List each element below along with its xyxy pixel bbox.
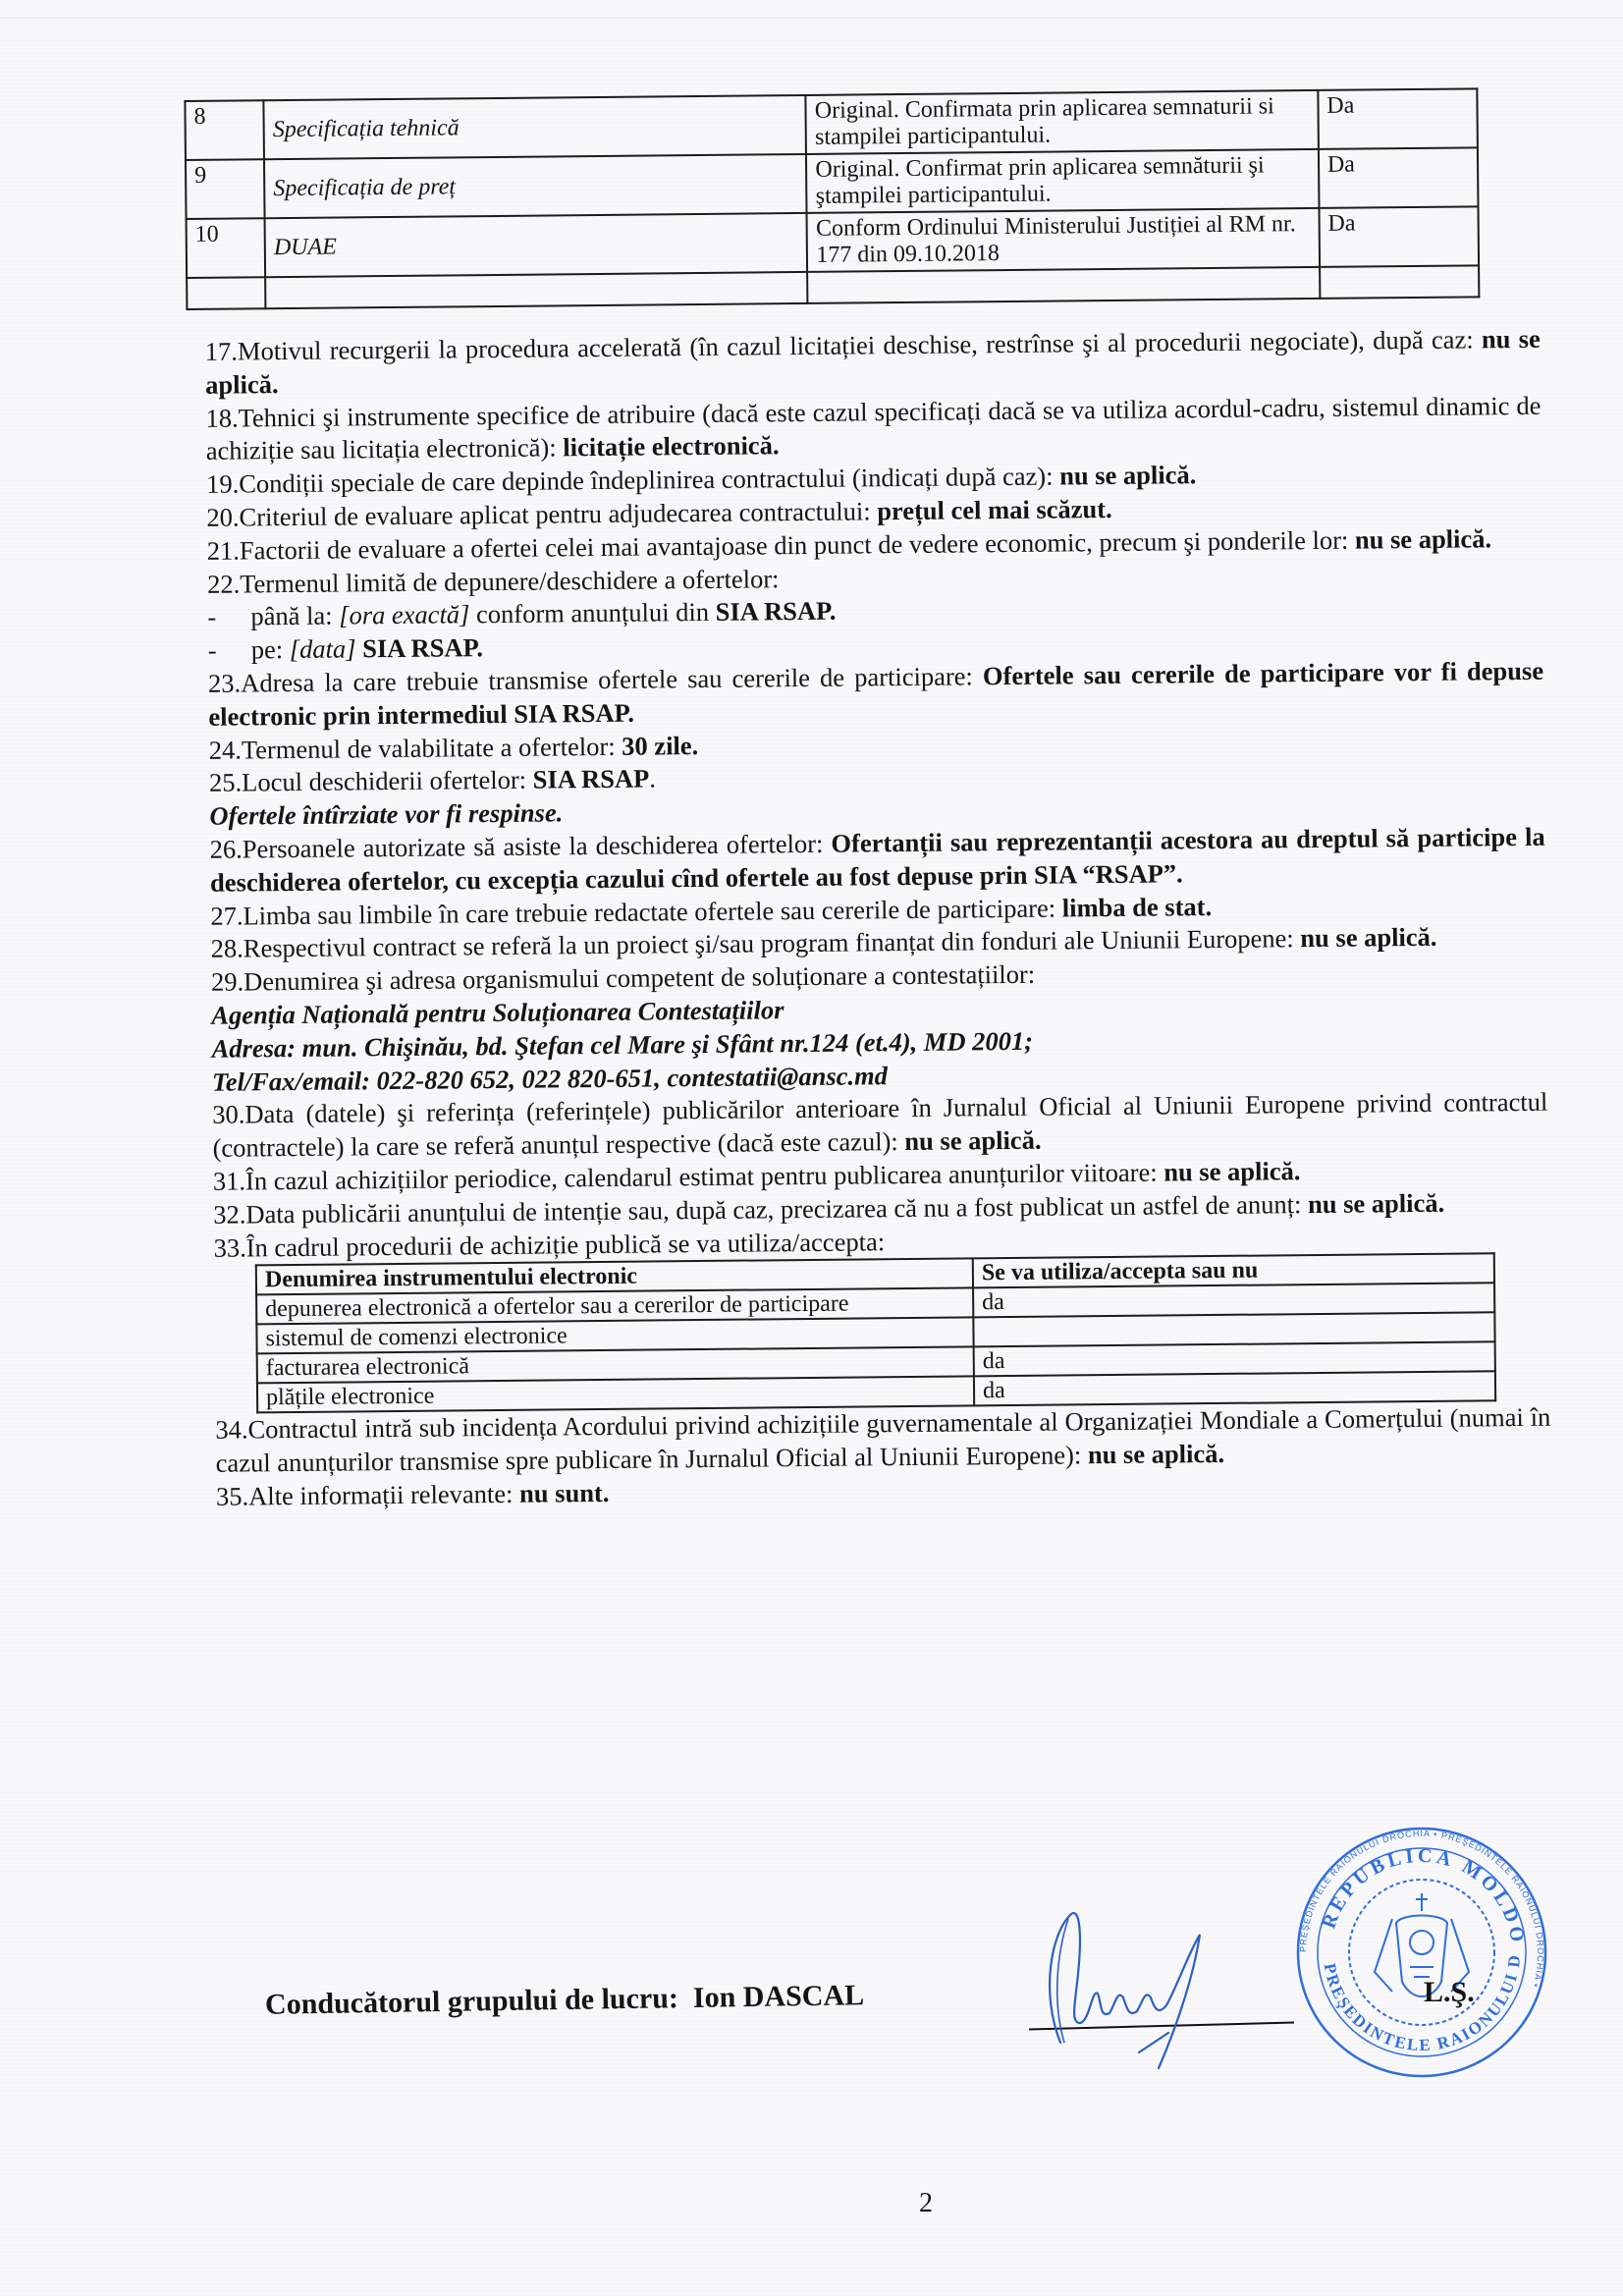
seal-placeholder: L.Ş. <box>1424 1976 1475 2009</box>
item-text: 19.Condiții speciale de care depinde înd… <box>206 462 1059 499</box>
item-34: 34.Contractul intră sub incidența Acordu… <box>215 1401 1551 1481</box>
item-text: 25.Locul deschiderii ofertelor: <box>209 765 533 797</box>
item-text: 17.Motivul recurgerii la procedura accel… <box>205 324 1482 365</box>
item-text: 34.Contractul intră sub incidența Acordu… <box>215 1402 1550 1478</box>
official-stamp-icon: PREŞEDINTELE RAIONULUI DROCHIA • PREŞEDI… <box>1294 1825 1549 2080</box>
item-text: 26.Persoanele autorizate să asiste la de… <box>210 829 832 864</box>
handwritten-signature-icon <box>1021 1895 1276 2072</box>
document-required: Da <box>1318 88 1478 149</box>
electronic-tools-table: Denumirea instrumentului electronic Se v… <box>255 1253 1496 1414</box>
item-value: limba de stat. <box>1062 892 1213 922</box>
item-text: 24.Termenul de valabilitate a ofertelor: <box>209 731 622 764</box>
item-18: 18.Tehnici şi instrumente specifice de a… <box>205 389 1542 468</box>
scan-edge-line <box>0 18 1623 19</box>
item-value: nu se aplică. <box>1308 1187 1444 1218</box>
document-required: Da <box>1319 206 1479 267</box>
item-text: 35.Alte informații relevante: <box>216 1479 519 1511</box>
document-description: Original. Confirmata prin aplicarea semn… <box>806 90 1319 154</box>
signatory-name: Ion DASCAL <box>693 1979 865 2014</box>
item-value: nu se aplică. <box>1059 460 1196 490</box>
item-value: licitație electronică. <box>563 431 780 463</box>
signature-block: Conducătorul grupului de lucru: Ion DASC… <box>265 1979 865 2022</box>
item-value: nu se aplică. <box>1088 1439 1224 1469</box>
item-text: 18.Tehnici şi instrumente specifice de a… <box>205 390 1541 465</box>
item-30: 30.Data (datele) şi referința (referințe… <box>212 1086 1548 1166</box>
item-value: prețul cel mai scăzut. <box>877 494 1112 525</box>
item-text: 22.Termenul limită de depunere/deschider… <box>207 564 780 599</box>
item-text: 30.Data (datele) şi referința (referințe… <box>212 1087 1547 1163</box>
agency-address: Adresa: mun. Chişinău, bd. Ştefan cel Ma… <box>212 1026 1034 1064</box>
item-29: 29.Denumirea şi adresa organismului comp… <box>211 954 1547 1099</box>
document-name: DUAE <box>265 213 808 277</box>
document-name: Specificația tehnică <box>263 95 806 159</box>
agency-contact: Tel/Fax/email: 022-820 652, 022 820-651,… <box>212 1061 888 1097</box>
agency-name: Agenția Națională pentru Soluționarea Co… <box>211 995 784 1030</box>
item-value: nu se aplică. <box>1300 922 1436 953</box>
item-17: 17.Motivul recurgerii la procedura accel… <box>205 323 1542 403</box>
document-name: Specificația de preț <box>264 154 807 218</box>
signature-label: Conducătorul grupului de lucru: <box>265 1982 678 2021</box>
item-text: 20.Criteriul de evaluare aplicat pentru … <box>206 496 877 532</box>
page-number: 2 <box>919 2188 933 2219</box>
item-text: 33.În cadrul procedurii de achiziție pub… <box>213 1227 885 1263</box>
item-value: nu sunt. <box>519 1478 610 1508</box>
svg-text:REPUBLICA MOLDOVA: REPUBLICA MOLDOVA <box>1294 1825 1529 1947</box>
row-number: 9 <box>186 159 265 219</box>
item-text: 23.Adresa la care trebuie transmise ofer… <box>208 661 983 698</box>
documents-table: 8 Specificația tehnică Original. Confirm… <box>184 87 1480 310</box>
document-page: 8 Specificația tehnică Original. Confirm… <box>0 0 1623 2296</box>
item-text: 27.Limba sau limbile în care trebuie red… <box>210 893 1062 930</box>
tool-usage: da <box>974 1372 1495 1406</box>
item-value: nu se aplică. <box>904 1125 1041 1156</box>
document-content: 8 Specificația tehnică Original. Confirm… <box>0 0 1612 8</box>
row-number: 10 <box>187 218 266 278</box>
item-22: 22.Termenul limită de depunere/deschider… <box>207 555 1543 667</box>
item-value: nu se aplică. <box>1355 523 1491 554</box>
document-description: Conform Ordinului Ministerului Justiției… <box>807 208 1320 272</box>
item-23: 23.Adresa la care trebuie transmise ofer… <box>208 655 1544 735</box>
item-value: SIA RSAP <box>533 764 650 794</box>
document-description: Original. Confirmat prin aplicarea semnă… <box>806 149 1319 213</box>
item-value: nu se aplică. <box>1163 1156 1300 1186</box>
item-value: 30 zile. <box>622 731 698 761</box>
item-text: 29.Denumirea şi adresa organismului comp… <box>211 959 1035 997</box>
row-number: 8 <box>185 100 264 160</box>
document-required: Da <box>1319 147 1479 208</box>
announcement-items: 17.Motivul recurgerii la procedura accel… <box>205 323 1551 1514</box>
